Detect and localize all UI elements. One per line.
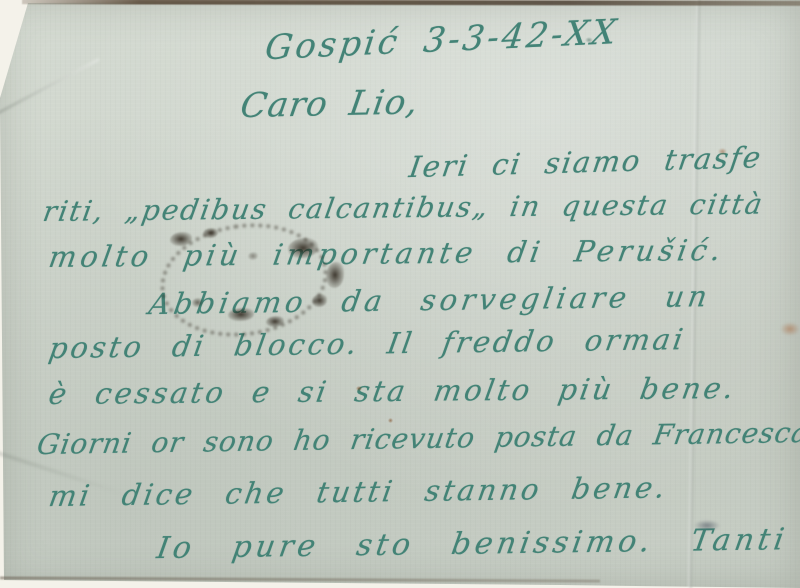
handwritten-line: è cessato e si sta molto più bene. [46,371,739,411]
postcard-scan: Gospić 3-3-42-XX Caro Lio, Ieri ci siamo… [0,0,800,588]
handwritten-line: molto più importante di Perušić. [46,233,727,274]
salutation: Caro Lio, [238,82,422,126]
